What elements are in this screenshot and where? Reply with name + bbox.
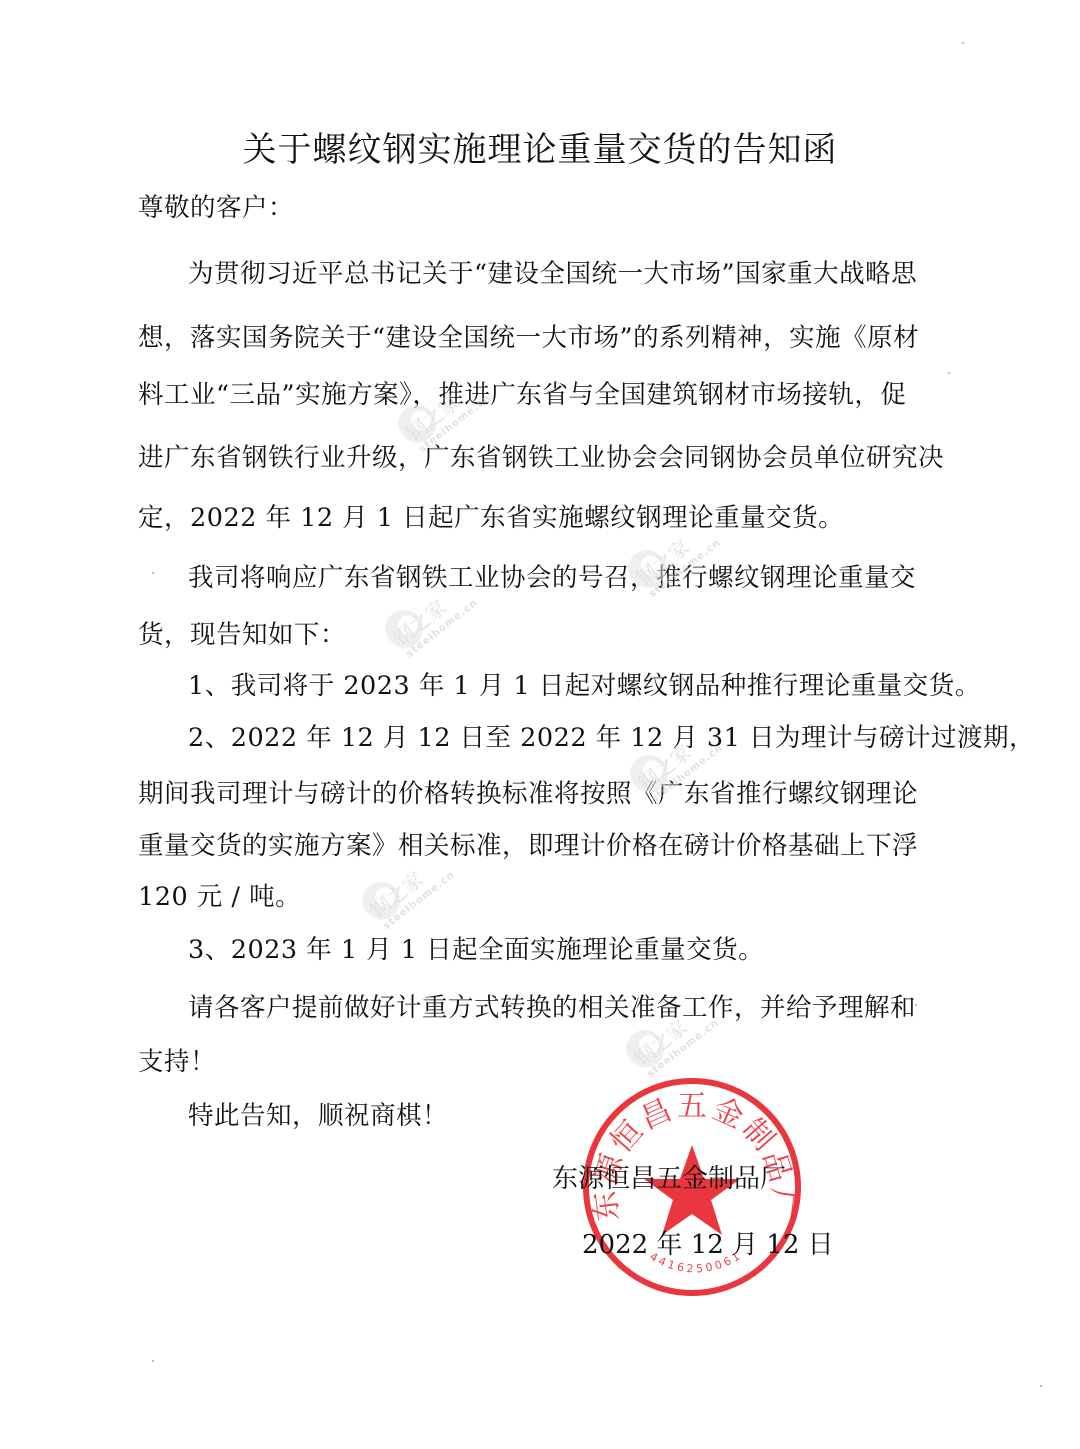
paragraph-line: 我司将响应广东省钢铁工业协会的号召，推行螺纹钢理论重量交 [188,558,916,594]
paragraph-line: 料工业“三品”实施方案》，推进广东省与全国建筑钢材市场接轨，促 [138,375,906,411]
closing-text: 特此告知，顺祝商棋！ [188,1096,448,1132]
list-item-3: 3、2023 年 1 月 1 日起全面实施理论重量交货。 [188,930,764,966]
paragraph-line: 支持！ [138,1042,216,1078]
list-item-2-cont: 期间我司理计与磅计的价格转换标准将按照《广东省推行螺纹钢理论 [138,774,918,810]
paragraph-line: 想，落实国务院关于“建设全国统一大市场”的系列精神，实施《原材 [138,318,919,354]
list-item-2: 2、2022 年 12 月 12 日至 2022 年 12 月 31 日为理计与… [188,718,1035,754]
scan-speck [962,42,964,44]
list-item-2-cont: 120 元 / 吨。 [138,877,301,913]
document-title: 关于螺纹钢实施理论重量交货的告知函 [0,122,1080,171]
signature-date: 2022 年 12 月 12 日 [582,1224,834,1261]
list-item-2-cont: 重量交货的实施方案》相关标准，即理计价格在磅计价格基础上下浮 [138,826,918,862]
scan-speck [1040,1385,1042,1387]
paragraph-line: 货，现告知如下： [138,615,346,651]
document-page: 关于螺纹钢实施理论重量交货的告知函 尊敬的客户： 为贯彻习近平总书记关于“建设全… [0,0,1080,1449]
paragraph-line: 进广东省钢铁行业升级，广东省钢铁工业协会会同钢协会员单位研究决 [138,438,944,474]
scan-speck [152,1360,154,1362]
scan-speck [915,1004,917,1006]
paragraph-line: 为贯彻习近平总书记关于“建设全国统一大市场”国家重大战略思 [188,254,917,290]
paragraph-line: 定，2022 年 12 月 1 日起广东省实施螺纹钢理论重量交货。 [138,498,844,534]
paragraph-line: 请各客户提前做好计重方式转换的相关准备工作，并给予理解和 [188,988,916,1024]
scan-speck [948,372,950,374]
list-item-1: 1、我司将于 2023 年 1 月 1 日起对螺纹钢品种推行理论重量交货。 [188,666,981,702]
scan-speck [152,572,154,574]
greeting: 尊敬的客户： [138,188,294,224]
watermark-logo: 钢之家steelhome.cn [385,590,495,670]
signature-company: 东源恒昌五金制品厂 [552,1158,786,1195]
